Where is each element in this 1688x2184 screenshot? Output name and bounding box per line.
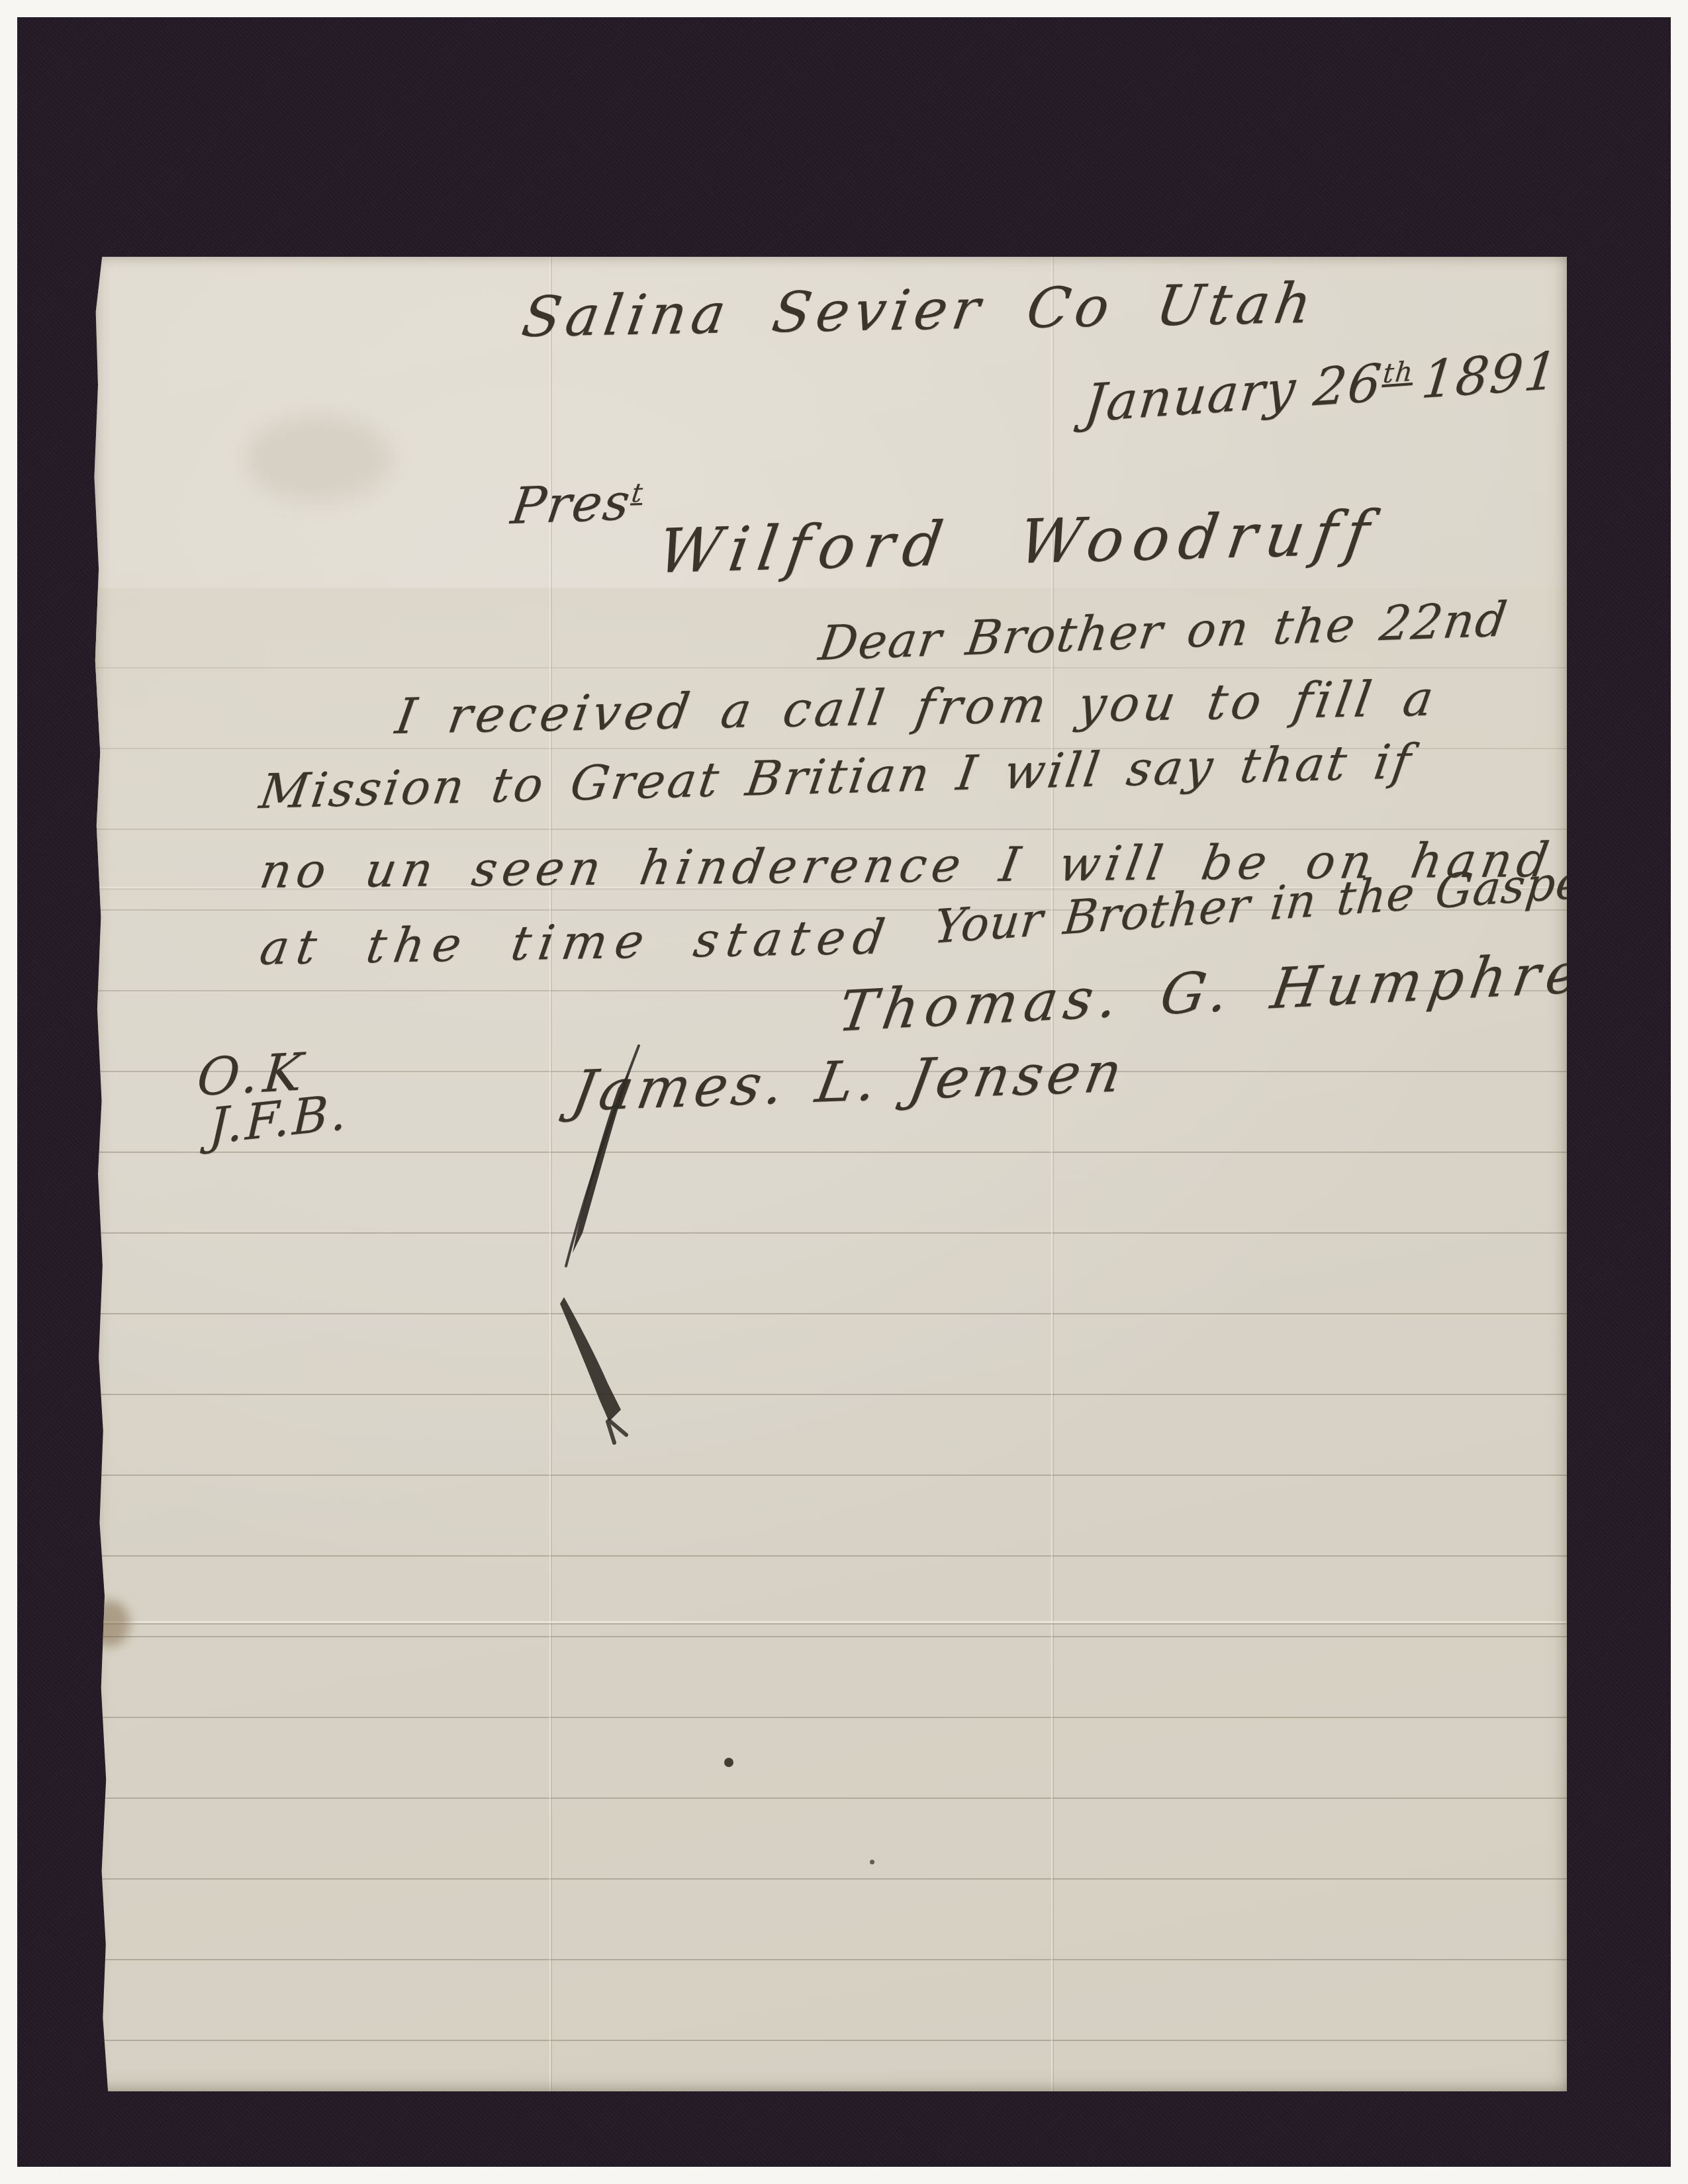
prest-superscript: t [630,477,645,508]
date-ordinal-superscript: th [1382,355,1415,390]
prest-prefix: Pres [508,472,635,535]
ink-dot [724,1758,733,1767]
signature-thomas-humphrey: Thomas. G. Humphrey [834,938,1629,1044]
date-prefix: January 26 [1082,353,1385,434]
salutation-line: Dear Brother on the 22nd [816,591,1511,671]
approval-ok: O.K [195,1042,310,1108]
prest-abbreviation: Prest [508,471,656,535]
body-line-3: no un seen hinderence I will be on hand [256,832,1558,899]
fold-crease-vertical-left [549,257,552,2091]
ruled-lines-fade [94,588,1567,1183]
ruled-lines [94,588,1567,2087]
ink-speck [870,1860,874,1864]
body-line-2: Mission to Great Britian I will say that… [256,733,1417,819]
paper-stain [246,416,392,502]
body-line-4-closing: Your Brother in the Gaspel [931,853,1603,954]
ink-flourish [503,1038,675,1448]
letter-paper: Salina Sevier Co Utah January 26th1891 P… [94,257,1567,2091]
letter-date-line: January 26th1891 [1082,341,1562,434]
signature-james-jensen: James. L. Jensen [567,1039,1131,1124]
body-line-1: I received a call from you to fill a [392,670,1441,745]
fold-crease-vertical-right [1051,257,1054,2091]
body-line-4-left: at the time stated [256,909,896,976]
approval-initials: J.F.B. [208,1083,350,1156]
scanned-letter-page: Salina Sevier Co Utah January 26th1891 P… [0,0,1688,2184]
addressee-name: Wilford Woodruff [653,497,1383,587]
fold-crease-horizontal-lower [94,1621,1567,1625]
paper-edge-shading [94,257,1567,2091]
fold-crease-horizontal-upper [94,887,1567,890]
date-year: 1891 [1419,341,1562,410]
letter-location-line: Salina Sevier Co Utah [518,271,1321,349]
